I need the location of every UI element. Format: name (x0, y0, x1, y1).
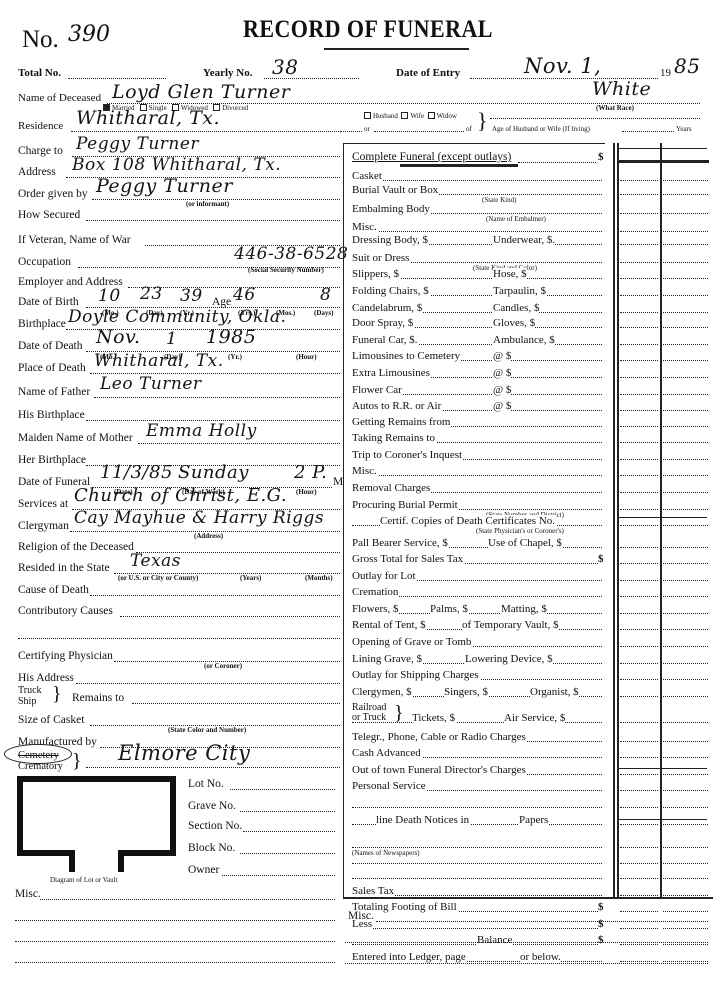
amount-cents-field[interactable] (663, 663, 708, 664)
amount-dollars-field[interactable] (620, 613, 658, 614)
charge-row-gross-total-for-sales-tax-label: Gross Total for Sales Tax (352, 553, 464, 565)
amount-cents-field[interactable] (663, 360, 708, 361)
charge-row-certif-copies-of-death-certificates-no-label: Certif. Copies of Death Certificates No. (380, 515, 556, 527)
spouse-type-group: Husband Wife Widow (364, 112, 457, 120)
amount-cents-field[interactable] (663, 807, 708, 808)
age-years-value: 46 (233, 286, 256, 304)
amount-dollars-field[interactable] (620, 525, 658, 526)
charge-row-dressing-body-label-2: Underwear, $. (493, 234, 555, 246)
charges-column-divider-1 (613, 143, 615, 898)
charge-row-pall-bearer-service-label-2: Use of Chapel, $ (488, 537, 562, 549)
amount-dollars-field[interactable] (620, 807, 658, 808)
lot-no-field[interactable] (230, 789, 335, 790)
charge-row-funeral-car-label: Funeral Car, $. (352, 334, 419, 346)
charge-row-slippers-label: Slippers, $ (352, 268, 400, 280)
amount-cents-field[interactable] (663, 492, 708, 493)
charge-row-embalming-body-label: Embalming Body (352, 203, 431, 215)
charge-row-personal-service-label: Personal Service (352, 780, 427, 792)
amount-dollars-field[interactable] (620, 741, 658, 742)
charge-row-door-spray-label-2: Gloves, $ (493, 317, 535, 329)
charge-row-autos-to-r-r-or-air-label-2: @ $ (493, 400, 511, 412)
amount-cents-field[interactable] (663, 646, 708, 647)
amount-dollars-field[interactable] (620, 878, 658, 879)
amount-cents-field[interactable] (663, 911, 708, 912)
amount-cents-field[interactable] (663, 563, 708, 564)
amount-cents-field[interactable] (663, 757, 708, 758)
complete-funeral-dots (518, 162, 596, 163)
cemetery-value: Elmore City (118, 744, 250, 762)
amount-cents-field[interactable] (663, 613, 708, 614)
age-days-value: 8 (320, 286, 331, 304)
amount-dollars-field[interactable] (620, 824, 658, 825)
amount-dollars-field[interactable] (620, 213, 658, 214)
residence-label: Residence (18, 120, 63, 133)
maiden-name-mother-value: Emma Holly (146, 422, 257, 440)
amount-cents-field[interactable] (663, 180, 708, 181)
wife-label: Wife (410, 112, 424, 120)
clergyman-value: Cay Mayhue & Harry Riggs (74, 509, 324, 527)
birth-day-value: 23 (140, 285, 163, 303)
amount-cents-field[interactable] (663, 231, 708, 232)
how-secured-field[interactable] (86, 220, 340, 221)
charge-row-extra-limousines-label-2: @ $ (493, 367, 511, 379)
charge-row-limousines-to-cemetery-label: Limousines to Cemetery (352, 350, 461, 362)
misc-right-field-2[interactable] (345, 942, 708, 943)
misc-left-label: Misc. (15, 888, 41, 901)
misc-left-field-2[interactable] (15, 920, 335, 921)
amount-cents-field[interactable] (663, 629, 708, 630)
misc-right-field-1[interactable] (376, 921, 708, 922)
residence-value: Whitharal, Tx. (76, 109, 220, 127)
amount-cents-field[interactable] (663, 895, 708, 896)
charge-line (352, 231, 602, 232)
misc-right-field-3[interactable] (345, 963, 708, 964)
amount-separator (617, 517, 707, 518)
charge-row-entered-into-ledger-page-label: Entered into Ledger, page (352, 951, 467, 963)
birthplace-label: Birthplace (18, 318, 66, 331)
ssn-value: 446-38-6528 (234, 245, 348, 263)
amount-dollars-field[interactable] (620, 475, 658, 476)
charge-row-entered-into-ledger-page-label-2: or below. (520, 951, 561, 963)
record-number-value: 390 (68, 22, 110, 47)
remains-to-field[interactable] (132, 703, 340, 704)
crematory-label: Crematory (18, 761, 63, 772)
clergyman-caption: (Address) (194, 532, 223, 540)
amount-dollars-field[interactable] (620, 928, 658, 929)
race-caption: (What Race) (596, 104, 634, 112)
charge-to-label: Charge to (18, 145, 63, 158)
title-underline (324, 48, 469, 50)
charge-row-lining-grave-label: Lining Grave, $ (352, 653, 423, 665)
amount-dollars-field[interactable] (620, 696, 658, 697)
record-number-label: No. (22, 26, 59, 54)
charge-row-rental-of-tent-label: Rental of Tent, $ (352, 619, 427, 631)
amount-cents-field[interactable] (663, 410, 708, 411)
charge-row-getting-remains-from-label: Getting Remains from (352, 416, 451, 428)
funeral-date-value: 11/3/85 (100, 464, 173, 482)
resided-in-state-value: Texas (130, 552, 181, 570)
amount-dollars-field[interactable] (620, 194, 658, 195)
order-given-by-caption: (or informant) (186, 200, 229, 208)
amount-dollars-field[interactable] (620, 722, 658, 723)
charge-row-candelabrum-label-2: Candles, $ (493, 302, 539, 314)
amount-cents-field[interactable] (663, 426, 708, 427)
amount-cents-field[interactable] (663, 194, 708, 195)
date-of-entry-label: Date of Entry (396, 67, 460, 80)
birth-month-value: 10 (98, 287, 121, 305)
amount-cents-field[interactable] (663, 790, 708, 791)
amount-cents-field[interactable] (663, 722, 708, 723)
charge-row-telegr-phone-cable-or-radio-charges-label: Telegr., Phone, Cable or Radio Charges (352, 731, 527, 743)
remains-to-label: Remains to (72, 692, 124, 705)
charge-row-line-death-notices-in-label: line Death Notices in (376, 814, 470, 826)
amount-dollars-field[interactable] (620, 394, 658, 395)
amount-cents-field[interactable] (663, 696, 708, 697)
amount-cents-field[interactable] (663, 312, 708, 313)
amount-cents-field[interactable] (663, 774, 708, 775)
age-spouse-field[interactable] (622, 131, 674, 132)
charge-row-out-of-town-funeral-director-s-charges-label: Out of town Funeral Director's Charges (352, 764, 527, 776)
amount-cents-field[interactable] (663, 596, 708, 597)
funeral-meridiem: M (333, 476, 343, 489)
charge-row-taking-remains-to-label: Taking Remains to (352, 432, 436, 444)
amount-cents-field[interactable] (663, 244, 708, 245)
birth-year-value: 39 (180, 287, 203, 305)
owner-label: Owner (188, 864, 219, 877)
charge-row-extra-limousines-label: Extra Limousines (352, 367, 431, 379)
charge-row-burial-vault-or-box-caption: (State Kind) (482, 196, 516, 204)
order-given-by-label: Order given by (18, 188, 88, 201)
amount-dollars-field[interactable] (620, 295, 658, 296)
amount-dollars-field[interactable] (620, 180, 658, 181)
wife-checkbox[interactable] (401, 112, 408, 119)
ssn-caption: (Social Security Number) (248, 266, 324, 274)
how-secured-label: How Secured (18, 209, 80, 222)
total-no-label: Total No. (18, 67, 61, 80)
page-title: RECORD OF FUNERAL (243, 16, 493, 44)
amount-cents-field[interactable] (663, 928, 708, 929)
funeral-hour-caption: (Hour) (296, 488, 317, 496)
age-spouse-label: Age of Husband or Wife (If living) (492, 125, 590, 133)
amount-dollars-field[interactable] (620, 244, 658, 245)
amount-cents-field[interactable] (663, 580, 708, 581)
total-no-field[interactable] (68, 78, 166, 79)
charge-row-gross-total-for-sales-tax-label-2: $ (598, 553, 604, 565)
complete-funeral-heavy-underline (400, 164, 518, 167)
charge-row-pall-bearer-service-label: Pall Bearer Service, $ (352, 537, 449, 549)
charge-row-flowers-label-3: Matting, $ (501, 603, 547, 615)
death-year-value: 1985 (206, 328, 256, 346)
maiden-name-mother-field[interactable] (138, 443, 340, 444)
amount-dollars-field[interactable] (620, 961, 658, 962)
charge-row-flowers-label: Flowers, $ (352, 603, 399, 615)
amount-cents-field[interactable] (663, 327, 708, 328)
lot-no-label: Lot No. (188, 778, 224, 791)
amount-cents-field[interactable] (663, 377, 708, 378)
grave-no-label: Grave No. (188, 800, 236, 813)
amount-separator (617, 768, 707, 769)
lot-diagram-caption: Diagram of Lot or Vault (50, 876, 118, 884)
block-no-label: Block No. (188, 842, 235, 855)
name-of-father-field[interactable] (94, 397, 340, 398)
occupation-label: Occupation (18, 256, 71, 269)
charge-row-outlay-for-lot-label: Outlay for Lot (352, 570, 417, 582)
date-of-entry-value: Nov. 1, (524, 57, 601, 75)
order-given-by-value: Peggy Turner (96, 177, 233, 195)
charge-row-clergymen-label: Clergymen, $ (352, 686, 413, 698)
charge-line (352, 180, 602, 181)
charge-row-tickets-label-2: Air Service, $ (504, 712, 565, 724)
amount-cents-field[interactable] (663, 878, 708, 879)
truck-label: Truck (18, 686, 42, 696)
charge-row-rental-of-tent-label-2: of Temporary Vault, $ (462, 619, 559, 631)
amount-dollars-field[interactable] (620, 377, 658, 378)
certifying-physician-caption: (or Coroner) (204, 662, 242, 670)
widow-checkbox[interactable] (428, 112, 435, 119)
year-prefix: 19 (660, 67, 671, 80)
resided-in-state-label: Resided in the State (18, 562, 110, 575)
amount-cents-field[interactable] (663, 847, 708, 848)
charge-row-funeral-car-label-2: Ambulance, $ (493, 334, 555, 346)
amount-dollars-field[interactable] (620, 278, 658, 279)
maiden-name-mother-label: Maiden Name of Mother (18, 432, 133, 445)
amount-cents-field[interactable] (663, 394, 708, 395)
death-month-value: Nov. (96, 328, 141, 346)
amount-dollars-field[interactable] (620, 580, 658, 581)
birthplace-value: Doyle Community, Okla. (68, 308, 286, 326)
charge-line (352, 878, 602, 879)
charges-column-divider-2 (660, 143, 662, 898)
charge-row-door-spray-label: Door Spray, $ (352, 317, 414, 329)
amount-cents-field[interactable] (663, 213, 708, 214)
amount-dollars-field[interactable] (620, 459, 658, 460)
amount-heavy-line (617, 160, 709, 163)
amount-dollars-field[interactable] (620, 663, 658, 664)
complete-funeral-dollar: $ (598, 151, 604, 163)
charge-row-dressing-body-label: Dressing Body, $ (352, 234, 429, 246)
amount-cents-field[interactable] (663, 679, 708, 680)
owner-field[interactable] (222, 875, 335, 876)
husband-label: Husband (373, 112, 398, 120)
charge-row-flower-car-label: Flower Car (352, 384, 403, 396)
amount-dollars-field[interactable] (620, 596, 658, 597)
funeral-weekday-value: Sunday (178, 464, 249, 482)
charge-row-burial-vault-or-box-label: Burial Vault or Box (352, 184, 439, 196)
size-of-casket-label: Size of Casket (18, 714, 84, 727)
amount-cents-field[interactable] (663, 961, 708, 962)
amount-cents-field[interactable] (663, 509, 708, 510)
charge-row-certif-copies-of-death-certificates-no-caption: (State Physician's or Coroner's) (476, 527, 564, 535)
charge-row-misc-label: Misc. (352, 221, 378, 233)
amount-dollars-field[interactable] (620, 492, 658, 493)
husband-checkbox[interactable] (364, 112, 371, 119)
his-address-label: His Address (18, 672, 74, 685)
religion-label: Religion of the Deceased (18, 541, 134, 554)
charge-line (352, 847, 602, 848)
his-birthplace-label: His Birthplace (18, 409, 85, 422)
amount-dollars-field[interactable] (620, 262, 658, 263)
misc-right-label: Misc. (348, 910, 374, 923)
amount-dollars-field[interactable] (620, 426, 658, 427)
amount-cents-field[interactable] (663, 824, 708, 825)
charge-row-balance-label: Balance (477, 934, 513, 946)
misc-left-field-4[interactable] (15, 962, 335, 963)
block-no-field[interactable] (240, 853, 335, 854)
charge-row-line-death-notices-in-label-2: Papers (519, 814, 548, 826)
amount-dollars-field[interactable] (620, 360, 658, 361)
name-of-deceased-value: Loyd Glen Turner (112, 83, 290, 101)
amount-cents-field[interactable] (663, 944, 708, 945)
veteran-war-label: If Veteran, Name of War (18, 234, 131, 247)
contributory-causes-field-2[interactable] (18, 638, 340, 639)
charge-to-value: Peggy Turner (76, 135, 199, 153)
truck-ship-brace: } (52, 683, 62, 705)
amount-cents-field[interactable] (663, 344, 708, 345)
amount-cents-field[interactable] (663, 475, 708, 476)
name-of-father-label: Name of Father (18, 386, 90, 399)
amount-dollars-field[interactable] (620, 312, 658, 313)
section-no-field[interactable] (243, 831, 335, 832)
amount-cents-field[interactable] (663, 741, 708, 742)
or-truck-label: or Truck (352, 713, 386, 723)
charge-row-limousines-to-cemetery-label-2: @ $ (493, 350, 511, 362)
divorced-label: Divorced (222, 104, 248, 112)
spouse-dots-lead (340, 131, 362, 132)
amount-dollars-field[interactable] (620, 509, 658, 510)
amount-cents-field[interactable] (663, 262, 708, 263)
contributory-causes-label: Contributory Causes (18, 605, 113, 618)
amount-cents-field[interactable] (663, 295, 708, 296)
charge-row-opening-of-grave-or-tomb-label: Opening of Grave or Tomb (352, 636, 472, 648)
charges-box-bottom (343, 897, 713, 899)
amount-cents-field[interactable] (663, 278, 708, 279)
resided-years-caption: (Years) (240, 574, 261, 582)
charge-row-cash-advanced-label: Cash Advanced (352, 747, 422, 759)
charges-column-divider-1b (617, 143, 619, 898)
race-value: White (592, 80, 651, 98)
amount-cents-field[interactable] (663, 863, 708, 864)
certifying-physician-label: Certifying Physician (18, 650, 113, 663)
death-yr-caption: (Yr.) (228, 353, 242, 361)
death-hour-caption: (Hour) (296, 353, 317, 361)
spouse-age-line[interactable] (490, 118, 700, 119)
year-value: 85 (674, 57, 700, 75)
amount-dollars-field[interactable] (620, 847, 658, 848)
charge-row-clergymen-label-2: Singers, $ (444, 686, 488, 698)
spouse-brace: } (477, 110, 488, 132)
clergyman-label: Clergyman (18, 520, 69, 533)
grave-no-field[interactable] (240, 811, 335, 812)
amount-dollars-field[interactable] (620, 344, 658, 345)
amount-dollars-field[interactable] (620, 563, 658, 564)
charge-row-removal-charges-label: Removal Charges (352, 482, 431, 494)
amount-dollars-field[interactable] (620, 442, 658, 443)
amount-dollars-field[interactable] (620, 327, 658, 328)
misc-left-field-1[interactable] (40, 899, 335, 900)
amount-dollars-field[interactable] (620, 231, 658, 232)
residence-field[interactable] (71, 131, 341, 132)
charge-row-slippers-label-2: Hose, $ (493, 268, 527, 280)
charge-row-flower-car-label-2: @ $ (493, 384, 511, 396)
amount-cents-field[interactable] (663, 525, 708, 526)
services-at-label: Services at (18, 498, 68, 511)
amount-separator (617, 819, 707, 820)
name-of-deceased-label: Name of Deceased (18, 92, 101, 105)
railroad-brace: } (394, 703, 404, 723)
contributory-causes-field[interactable] (120, 616, 340, 617)
amount-dollars-field[interactable] (620, 863, 658, 864)
charge-row-autos-to-r-r-or-air-label: Autos to R.R. or Air (352, 400, 442, 412)
charge-row-names-of-newspapers-caption: (Names of Newspapers) (352, 849, 420, 857)
yearly-no-label: Yearly No. (203, 67, 253, 80)
spouse-name-field[interactable] (374, 131, 464, 132)
amount-cents-field[interactable] (663, 459, 708, 460)
charge-row-casket-label: Casket (352, 170, 383, 182)
amount-dollars-field[interactable] (620, 646, 658, 647)
amount-cents-field[interactable] (663, 547, 708, 548)
address-value: Box 108 Whitharal, Tx. (72, 156, 281, 174)
cause-of-death-field[interactable] (90, 595, 340, 596)
death-day-value: 1 (166, 330, 177, 348)
cemetery-field[interactable] (86, 767, 340, 768)
size-of-casket-caption: (State Color and Number) (168, 726, 246, 734)
cemetery-brace: } (72, 750, 82, 772)
charge-row-embalming-body-caption: (Name of Embalmer) (486, 215, 546, 223)
date-of-death-label: Date of Death (18, 340, 83, 353)
charge-line (352, 475, 602, 476)
services-at-value: Church of Christ, E.G. (74, 487, 287, 505)
ship-label: Ship (18, 697, 36, 707)
amount-dollars-field[interactable] (620, 410, 658, 411)
age-spouse-unit: Years (676, 125, 692, 133)
charge-line (352, 928, 602, 929)
address-label: Address (18, 166, 56, 179)
amount-dollars-field[interactable] (620, 911, 658, 912)
resided-months-caption: (Months) (305, 574, 333, 582)
amount-dollars-field[interactable] (620, 629, 658, 630)
charge-row-folding-chairs-label: Folding Chairs, $ (352, 285, 430, 297)
days-caption: (Days) (314, 309, 333, 317)
his-address-field[interactable] (76, 683, 340, 684)
charge-row-less-label-2: $ (598, 918, 604, 930)
amount-dollars-field[interactable] (620, 790, 658, 791)
amount-cents-field[interactable] (663, 442, 708, 443)
widow-label: Widow (437, 112, 457, 120)
amount-dollars-field[interactable] (620, 547, 658, 548)
misc-left-field-3[interactable] (15, 941, 335, 942)
charge-row-sales-tax-label: Sales Tax (352, 885, 395, 897)
spouse-or-label: or (364, 125, 370, 133)
charge-row-candelabrum-label: Candelabrum, $ (352, 302, 423, 314)
charge-row-cremation-label: Cremation (352, 586, 399, 598)
amount-dollars-field[interactable] (620, 895, 658, 896)
charge-row-totaling-footing-of-bill-label-2: $ (598, 901, 604, 913)
charge-row-outlay-for-shipping-charges-label: Outlay for Shipping Charges (352, 669, 480, 681)
spouse-of-label: of (466, 125, 472, 133)
charge-row-suit-or-dress-label: Suit or Dress (352, 252, 410, 264)
cause-of-death-label: Cause of Death (18, 584, 89, 597)
amount-top-line (617, 148, 707, 149)
amount-dollars-field[interactable] (620, 774, 658, 775)
her-birthplace-label: Her Birthplace (18, 454, 86, 467)
amount-dollars-field[interactable] (620, 679, 658, 680)
charge-row-lining-grave-label-2: Lowering Device, $ (465, 653, 553, 665)
amount-dollars-field[interactable] (620, 757, 658, 758)
place-of-death-value: Whitharal, Tx. (94, 352, 224, 370)
amount-dollars-field[interactable] (620, 944, 658, 945)
resided-caption: (or U.S. or City or County) (118, 574, 198, 582)
complete-funeral-text: Complete Funeral (except outlays) (352, 151, 511, 163)
